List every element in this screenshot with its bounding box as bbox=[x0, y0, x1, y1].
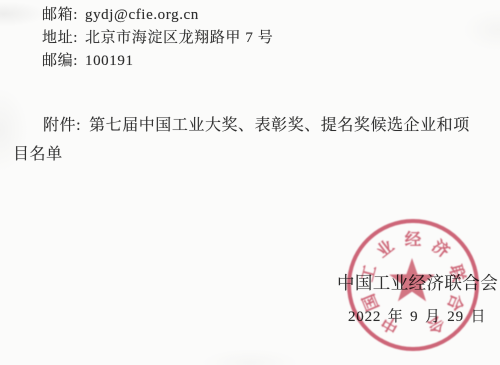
seal-ring-char: 济 bbox=[429, 235, 455, 261]
email-value: gydj@cfie.org.cn bbox=[85, 7, 199, 23]
seal-ring-char: 业 bbox=[373, 236, 398, 261]
postcode-value: 100191 bbox=[85, 53, 134, 69]
attachment-line-1: 附件:第七届中国工业大奖、表彰奖、提名奖候选企业和项 bbox=[43, 112, 470, 135]
scanned-document-page: 邮箱:gydj@cfie.org.cn 地址:北京市海淀区龙翔路甲 7 号 邮编… bbox=[0, 0, 500, 365]
signature-organization: 中国工业经济联合会 bbox=[337, 270, 498, 295]
signature-date: 2022 年 9 月 29 日 bbox=[348, 305, 486, 326]
email-label: 邮箱: bbox=[42, 7, 78, 23]
postcode-label: 邮编: bbox=[42, 53, 78, 69]
address-label: 地址: bbox=[42, 30, 78, 46]
attachment-label: 附件: bbox=[43, 117, 81, 134]
postcode-line: 邮编:100191 bbox=[42, 49, 134, 70]
attachment-title-part1: 第七届中国工业大奖、表彰奖、提名奖候选企业和项 bbox=[89, 117, 470, 134]
address-line: 地址:北京市海淀区龙翔路甲 7 号 bbox=[42, 26, 273, 47]
seal-ring-char: 经 bbox=[405, 230, 422, 249]
email-line: 邮箱:gydj@cfie.org.cn bbox=[42, 3, 199, 24]
address-value: 北京市海淀区龙翔路甲 7 号 bbox=[85, 30, 273, 46]
attachment-line-2: 目名单 bbox=[13, 141, 63, 164]
